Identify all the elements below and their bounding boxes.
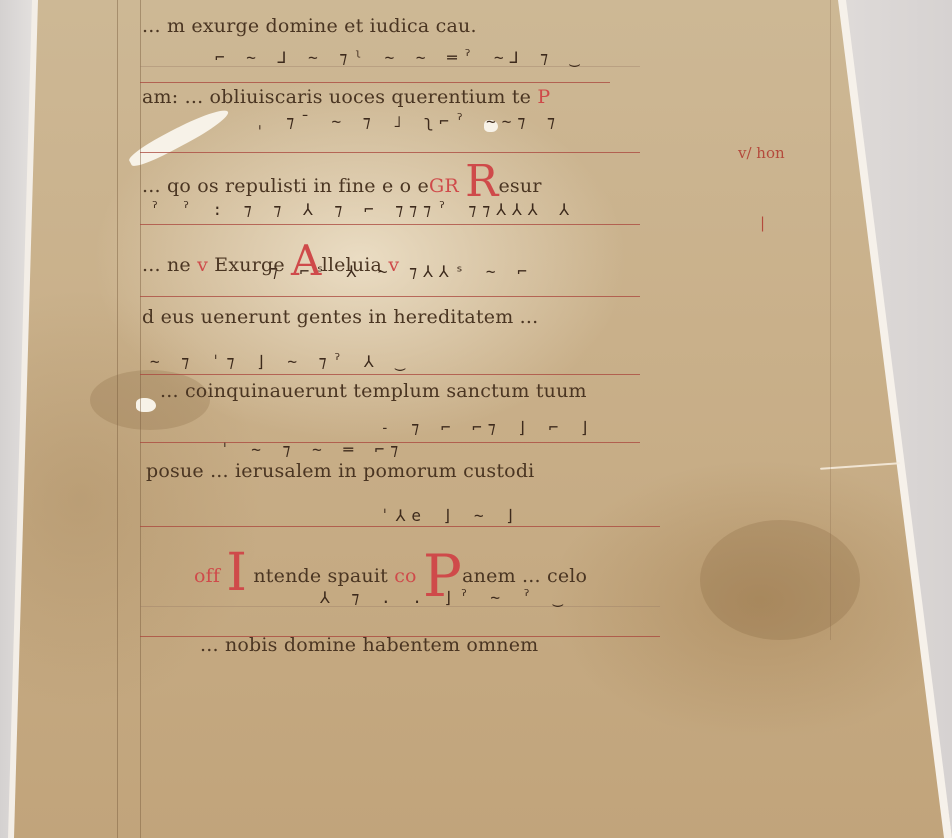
rubric-versicle: v: [382, 254, 399, 276]
text-segment: lleluia: [322, 254, 383, 276]
text-segment: esur: [498, 175, 541, 197]
text-segment: ... coinquinauerunt templum sanctum tuum: [160, 380, 587, 402]
chant-text-line: posue ... ierusalem in pomorum custodi: [146, 460, 534, 482]
neume-row: ⌐ ~ ⅃ ~ ⁊ˡ ~ ~ ═ˀ ~⅃ ⁊ ‿: [215, 48, 585, 67]
rubric-offertory: off: [194, 565, 220, 587]
neume-row: ˌ ⁊ˉ ~ ⁊ ˩ ʅ⌐ˀ ~~⁊ ⁊: [255, 112, 561, 131]
rubric-versicle: v: [197, 254, 208, 276]
staff-line: [140, 374, 640, 375]
text-segment: ... qo os repulisti in fine e o e: [142, 175, 429, 197]
neume-row: ˈ⅄e ⌋ ~ ⌋: [380, 506, 521, 525]
ruling-line-vertical: [830, 0, 831, 640]
chant-text-line: ... nobis domine habentem omnem: [200, 634, 538, 656]
water-stain: [700, 520, 860, 640]
neume-row: ~ ⁊ ˈ⁊ ⌋ ~ ⁊ˀ ⅄ ‿: [150, 352, 411, 371]
rubric-communion: co: [394, 565, 416, 587]
margin-mark: |: [760, 214, 765, 232]
text-segment: d eus uenerunt gentes in hereditatem ...: [142, 306, 538, 328]
neume-row: ˈ ~ ⁊ ~ ═ ⌐⁊: [220, 440, 404, 459]
text-segment: ... m exurge domine et iudica cau.: [142, 15, 477, 37]
text-segment: ... nobis domine habentem omnem: [200, 634, 538, 656]
chant-text-line: am: ... obliuiscaris uoces querentium te…: [142, 86, 550, 108]
rubric-gradual: GR: [429, 175, 459, 197]
parchment-hole: [136, 398, 156, 412]
ruling-line-vertical: [117, 0, 118, 838]
staff-line: [140, 224, 640, 225]
ruling-line-vertical: [140, 0, 141, 838]
staff-line: [140, 526, 660, 527]
staff-line: [140, 296, 640, 297]
initial-p: P: [423, 542, 462, 610]
chant-text-line: ... coinquinauerunt templum sanctum tuum: [160, 380, 587, 402]
initial-r: R: [465, 156, 498, 207]
chant-text-line: ... ne v Exurge Alleluia v: [142, 236, 399, 285]
text-segment: anem ... celo: [462, 565, 587, 587]
text-segment: posue ... ierusalem in pomorum custodi: [146, 460, 534, 482]
rubric: P: [531, 86, 550, 108]
initial-a: A: [291, 236, 322, 285]
text-segment: ntende spauit: [247, 565, 394, 587]
chant-text-line: off I ntende spauit co Panem ... celo: [194, 542, 587, 610]
initial-i: I: [226, 543, 247, 603]
text-segment: am: ... obliuiscaris uoces querentium te: [142, 86, 531, 108]
staff-line: [140, 82, 610, 83]
text-segment: ... ne: [142, 254, 197, 276]
chant-text-line: d eus uenerunt gentes in hereditatem ...: [142, 306, 538, 328]
chant-text-line: ... qo os repulisti in fine e o eGR Resu…: [142, 156, 542, 207]
text-segment: Exurge: [208, 254, 291, 276]
neume-row: ˗ ⁊ ⌐ ⌐⁊ ⌋ ⌐ ⌋: [380, 418, 596, 437]
chant-text-line: ... m exurge domine et iudica cau.: [142, 15, 477, 37]
staff-line: [140, 152, 640, 153]
margin-annotation: v/ hon: [738, 144, 785, 162]
